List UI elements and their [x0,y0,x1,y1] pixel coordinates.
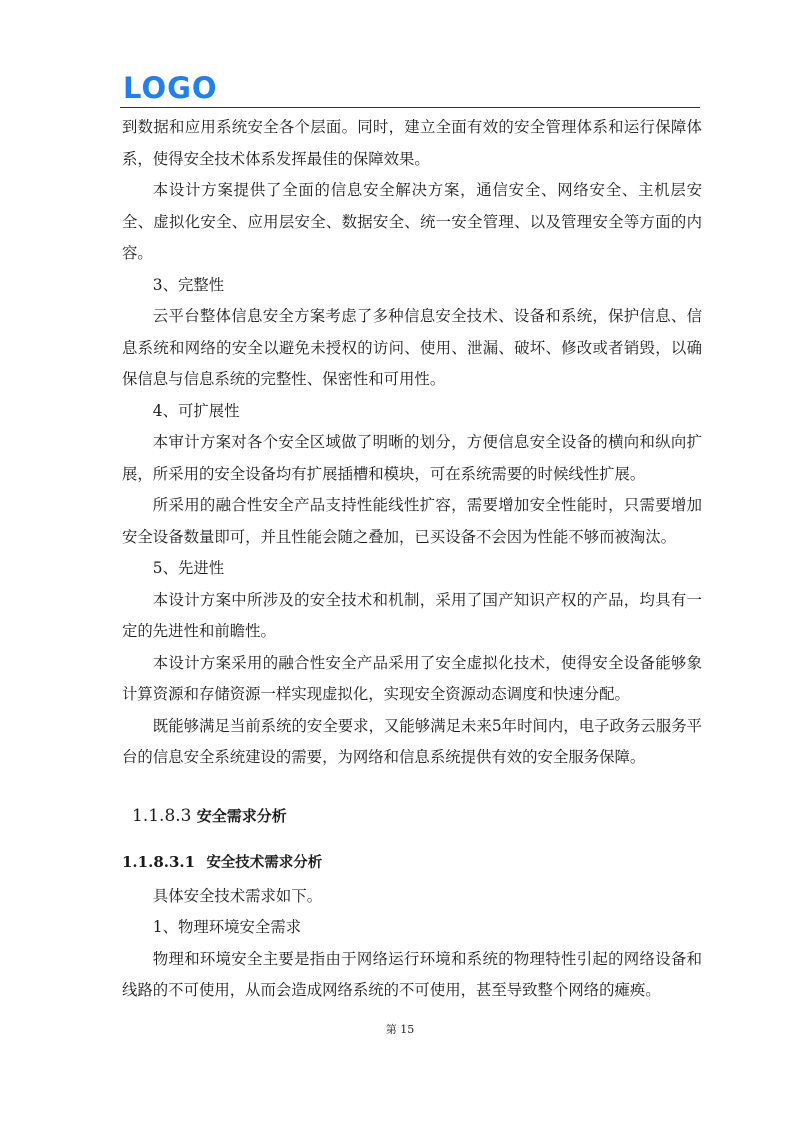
section-title: 安全需求分析 [197,807,287,825]
paragraph-continued: 到数据和应用系统安全各个层面。同时，建立全面有效的安全管理体系和运行保障体系，使… [122,112,702,175]
list-heading-scalability: 4、可扩展性 [122,396,702,428]
paragraph: 具体安全技术需求如下。 [122,881,702,913]
paragraph: 本设计方案中所涉及的安全技术和机制，采用了国产知识产权的产品，均具有一定的先进性… [122,585,702,648]
section-number: 1.1.8.3 [132,806,191,826]
paragraph: 本设计方案采用的融合性安全产品采用了安全虚拟化技术，使得安全设备能够象计算资源和… [122,648,702,711]
list-heading-integrity: 3、完整性 [122,270,702,302]
paragraph: 云平台整体信息安全方案考虑了多种信息安全技术、设备和系统，保护信息、信息系统和网… [122,301,702,396]
paragraph: 本审计方案对各个安全区域做了明晰的划分，方便信息安全设备的横向和纵向扩展，所采用… [122,427,702,490]
section-heading: 1.1.8.3 安全需求分析 [122,804,702,828]
subsection-heading: 1.1.8.3.1 安全技术需求分析 [122,850,702,875]
list-heading-advanced: 5、先进性 [122,553,702,585]
subsection-number: 1.1.8.3.1 [122,853,195,871]
list-heading-physical: 1、物理环境安全需求 [122,912,702,944]
paragraph: 物理和环境安全主要是指由于网络运行环境和系统的物理特性引起的网络设备和线路的不可… [122,944,702,1007]
page-body: 到数据和应用系统安全各个层面。同时，建立全面有效的安全管理体系和运行保障体系，使… [122,112,702,1007]
paragraph: 所采用的融合性安全产品支持性能线性扩容，需要增加安全性能时，只需要增加安全设备数… [122,490,702,553]
header-divider [120,107,700,108]
paragraph: 既能够满足当前系统的安全要求，又能够满足未来5年时间内，电子政务云服务平台的信息… [122,711,702,774]
page-number: 第 15 [0,1021,800,1037]
paragraph: 本设计方案提供了全面的信息安全解决方案，通信安全、网络安全、主机层安全、虚拟化安… [122,175,702,270]
logo: LOGO [123,74,218,102]
subsection-title: 安全技术需求分析 [206,855,322,871]
